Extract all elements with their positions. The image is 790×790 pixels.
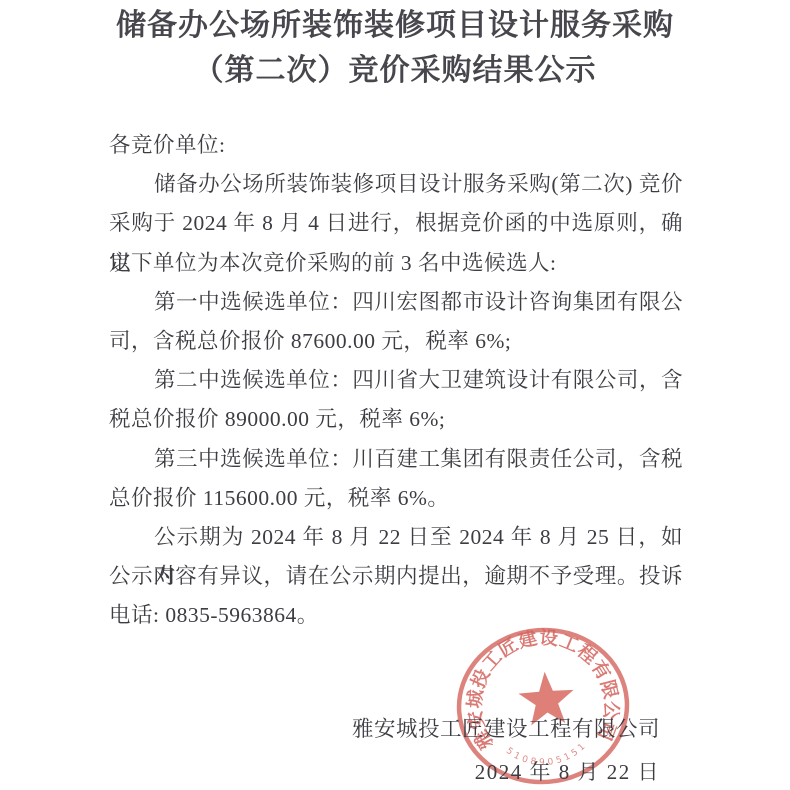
document-body: 各竞价单位: 储备办公场所装饰装修项目设计服务采购(第二次) 竞价 采购于 20… <box>109 126 683 635</box>
body-line-winner-2: 第二中选候选单位：四川省大卫建筑设计有限公司，含 <box>109 361 683 400</box>
body-line-winner-2-price: 税总价报价 89000.00 元，税率 6%; <box>109 400 683 439</box>
body-line: 储备办公场所装饰装修项目设计服务采购(第二次) 竞价 <box>109 165 683 204</box>
document-title-line1: 储备办公场所装饰装修项目设计服务采购 <box>0 3 790 48</box>
body-line-winner-1: 第一中选候选单位：四川宏图都市设计咨询集团有限公 <box>109 283 683 322</box>
body-line-notice-period: 公示期为 2024 年 8 月 22 日至 2024 年 8 月 25 日，如对 <box>109 518 683 557</box>
signature-company: 雅安城投工匠建设工程有限公司 <box>352 712 660 743</box>
body-line-salutation: 各竞价单位: <box>109 126 683 165</box>
body-line: 采购于 2024 年 8 月 4 日进行，根据竞价函的中选原则，确定 <box>109 204 683 243</box>
signature-date: 2024 年 8 月 22 日 <box>475 756 660 786</box>
body-line-phone: 电话: 0835-5963864。 <box>109 596 683 635</box>
document-title-line2: （第二次）竞价采购结果公示 <box>0 48 790 93</box>
announcement-document: 雅安城投工匠建设工程有限公司 5108905151 储备办公场所装饰装修项目设计… <box>0 0 790 790</box>
body-line: 公示内容有异议，请在公示期内提出，逾期不予受理。投诉 <box>109 557 683 596</box>
body-line-winner-3: 第三中选候选单位：川百建工集团有限责任公司，含税 <box>109 440 683 479</box>
body-line-winner-1-price: 司，含税总价报价 87600.00 元，税率 6%; <box>109 322 683 361</box>
document-title: 储备办公场所装饰装修项目设计服务采购 （第二次）竞价采购结果公示 <box>0 3 790 93</box>
body-line: 以下单位为本次竞价采购的前 3 名中选候选人: <box>109 244 683 283</box>
body-line-winner-3-price: 总价报价 115600.00 元，税率 6%。 <box>109 479 683 518</box>
